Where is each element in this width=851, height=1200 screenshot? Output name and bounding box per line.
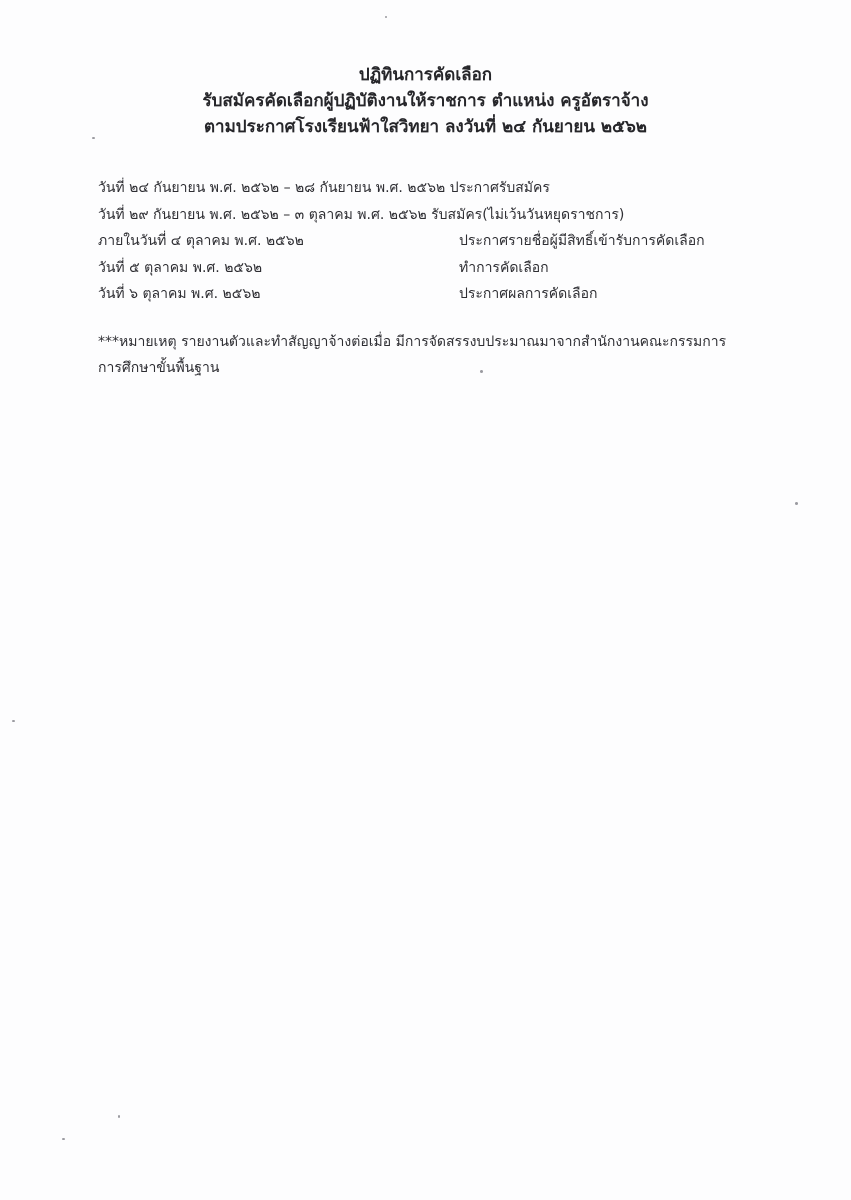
scan-speck (795, 502, 798, 505)
scan-speck (92, 137, 95, 139)
schedule-activity: ทำการคัดเลือก (459, 255, 549, 282)
schedule-date: ภายในวันที่ ๔ ตุลาคม พ.ศ. ๒๕๖๒ (98, 233, 304, 249)
schedule-row: ภายในวันที่ ๔ ตุลาคม พ.ศ. ๒๕๖๒ ประกาศราย… (98, 228, 624, 255)
document-header: ปฏิทินการคัดเลือก รับสมัครคัดเลือกผู้ปฏิ… (0, 62, 851, 140)
schedule-row: วันที่ ๕ ตุลาคม พ.ศ. ๒๕๖๒ ทำการคัดเลือก (98, 255, 624, 282)
document-reference: ตามประกาศโรงเรียนฟ้าใสวิทยา ลงวันที่ ๒๔ … (0, 114, 851, 140)
remark-line: การศึกษาขั้นพื้นฐาน (98, 355, 778, 381)
document-title: ปฏิทินการคัดเลือก (0, 62, 851, 88)
schedule-activity: ประกาศผลการคัดเลือก (459, 281, 598, 308)
scan-speck (480, 370, 483, 373)
schedule-row: วันที่ ๖ ตุลาคม พ.ศ. ๒๕๖๒ ประกาศผลการคัด… (98, 281, 624, 308)
scan-speck (12, 720, 15, 722)
schedule-row: วันที่ ๒๙ กันยายน พ.ศ. ๒๕๖๒ – ๓ ตุลาคม พ… (98, 202, 624, 229)
schedule-activity: ประกาศรายชื่อผู้มีสิทธิ์เข้ารับการคัดเลื… (459, 228, 705, 255)
schedule-date: วันที่ ๒๔ กันยายน พ.ศ. ๒๕๖๒ – ๒๘ กันยายน… (98, 180, 550, 196)
schedule-row: วันที่ ๒๔ กันยายน พ.ศ. ๒๕๖๒ – ๒๘ กันยายน… (98, 175, 624, 202)
scan-speck (62, 1138, 65, 1140)
document-subtitle: รับสมัครคัดเลือกผู้ปฏิบัติงานให้ราชการ ต… (0, 88, 851, 114)
schedule-date: วันที่ ๕ ตุลาคม พ.ศ. ๒๕๖๒ (98, 260, 262, 276)
schedule-date: วันที่ ๖ ตุลาคม พ.ศ. ๒๕๖๒ (98, 286, 260, 302)
schedule-date: วันที่ ๒๙ กันยายน พ.ศ. ๒๕๖๒ – ๓ ตุลาคม พ… (98, 207, 624, 223)
remark-line: ***หมายเหตุ รายงานตัวและทำสัญญาจ้างต่อเม… (98, 329, 778, 355)
scan-speck (385, 16, 387, 18)
scan-speck (118, 1115, 120, 1118)
remark-note: ***หมายเหตุ รายงานตัวและทำสัญญาจ้างต่อเม… (98, 329, 778, 381)
schedule-list: วันที่ ๒๔ กันยายน พ.ศ. ๒๕๖๒ – ๒๘ กันยายน… (98, 175, 624, 308)
